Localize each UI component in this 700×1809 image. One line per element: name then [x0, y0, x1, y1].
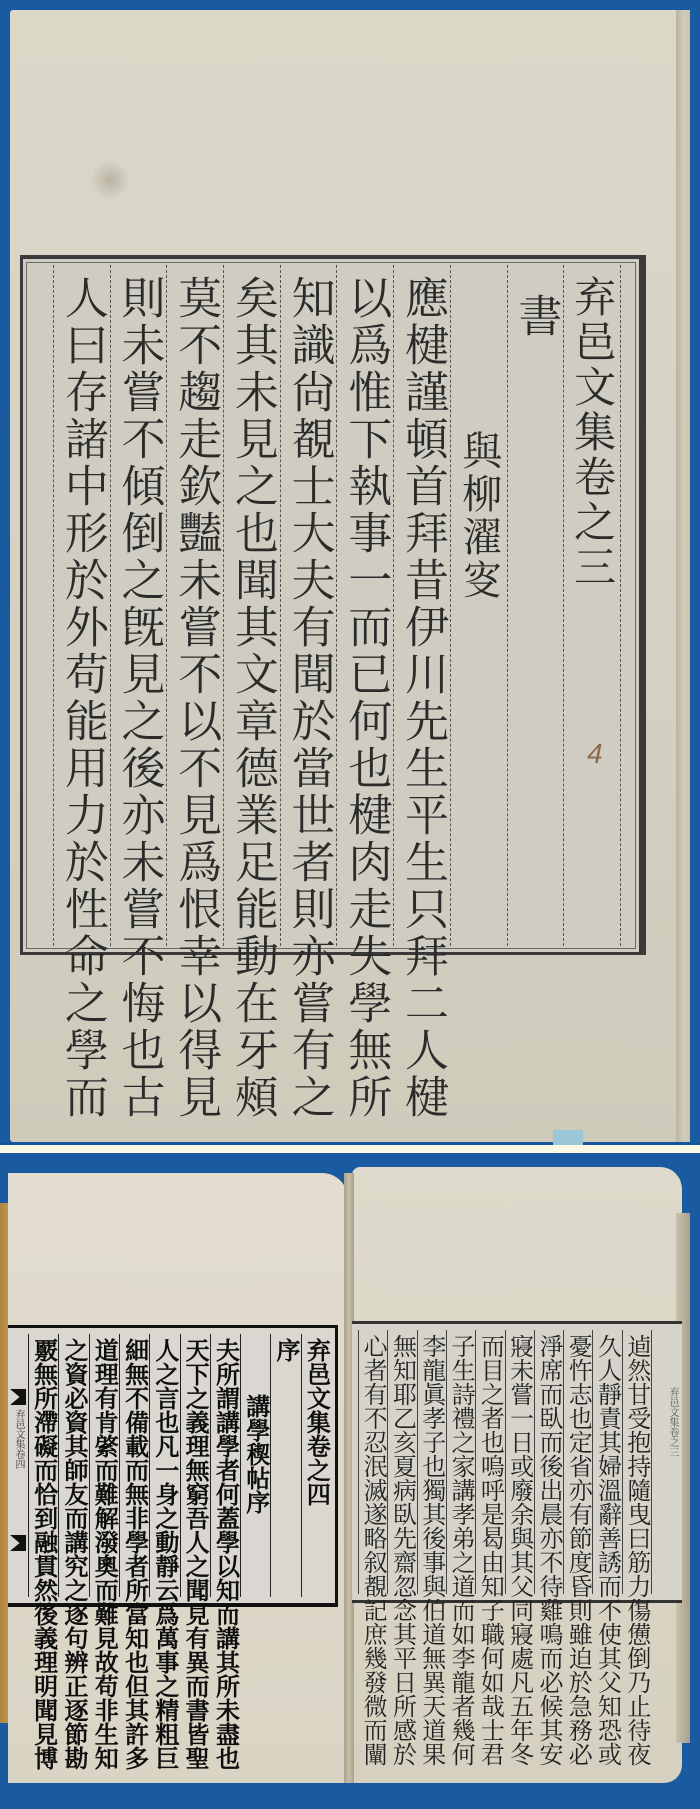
text-column: 夫所謂講學者何蓋學以知而講其所未盡也: [210, 1334, 240, 1597]
text-line: 淨席而臥而後出晨亦不待雞鳴而必候其安: [537, 1334, 561, 1594]
text-column: 天下之義理無窮吾人之聞見有異而書皆聖: [180, 1334, 210, 1597]
letter-recipient: 與柳濯叜: [459, 275, 499, 946]
pencil-page-mark: 4: [587, 738, 603, 770]
volume-title: 弃邑文集卷之三: [571, 275, 613, 946]
banxin-label-right: 弃邑文集卷之三: [664, 1363, 680, 1523]
page-fold-edge: [676, 10, 690, 1142]
text-columns: 弃邑文集卷之四 序 講學稧帖序 夫所謂講學者何蓋學以知而講其所未盡也 天下之義理…: [28, 1334, 331, 1597]
text-column: 李龍眞孝子也獨其後事與伯道無異天道果: [417, 1330, 446, 1594]
text-line: 子生詩禮之家講孝弟之道而如李龍者幾何: [449, 1334, 473, 1594]
text-column: 淨席而臥而後出晨亦不待雞鳴而必候其安: [534, 1330, 563, 1594]
text-line: 莫不趨走欽豔未嘗不以不見爲恨幸以得見: [173, 275, 217, 946]
bookmark-tab: [553, 1130, 583, 1145]
printed-frame-right: 逌然甘受抱持隨曳曰筋力傷憊倒乃止待夜 久人靜責其婦溫辭善誘而不使其父知恐或 憂忤…: [352, 1321, 682, 1603]
section-heading: 序: [274, 1338, 298, 1597]
text-columns: 逌然甘受抱持隨曳曰筋力傷憊倒乃止待夜 久人靜責其婦溫辭善誘而不使其父知恐或 憂忤…: [358, 1330, 652, 1594]
text-line: 無知耶乙亥夏病臥先齋忽念其平日所感於: [390, 1334, 414, 1594]
text-column: 矣其未見之也聞其文章德業足能動在牙頰: [223, 265, 280, 946]
text-line: 覈無所滯礙而恰到融貫然後義理明聞見博: [32, 1338, 56, 1597]
text-column: 道理有肯綮而難解潑奧而難見故苟非生知: [89, 1334, 119, 1597]
text-line: 李龍眞孝子也獨其後事與伯道無異天道果: [420, 1334, 444, 1594]
text-column: 則未嘗不傾倒之旣見之後亦未嘗不悔也古: [110, 265, 167, 946]
text-column: 應楗謹頓首拜昔伊川先生平生只拜二人楗: [393, 265, 450, 946]
essay-title: 講學稧帖序: [244, 1338, 268, 1597]
column-title: 弃邑文集卷之三: [563, 265, 621, 946]
book-page-vol3: 弃邑文集卷之三 弃邑文集卷之三 書 與柳濯叜 應楗謹頓首拜昔伊川先生平生只拜二人…: [10, 10, 690, 1142]
text-line: 人曰存諸中形於外苟能用力於性命之學而: [60, 275, 104, 946]
text-column: 子生詩禮之家講孝弟之道而如李龍者幾何: [446, 1330, 475, 1594]
text-line: 人之言也凡一身之動靜云爲萬事之精粗巨: [153, 1338, 177, 1597]
text-column: 憂忤志也定省亦有節度昏則雖迫於急務必: [563, 1330, 592, 1594]
text-line: 細無不備載而無非學者所當知也但其許多: [123, 1338, 147, 1597]
top-photo: 弃邑文集卷之三 弃邑文集卷之三 書 與柳濯叜 應楗謹頓首拜昔伊川先生平生只拜二人…: [0, 0, 700, 1143]
text-column: 細無不備載而無非學者所當知也但其許多: [119, 1334, 149, 1597]
text-columns: 弃邑文集卷之三 書 與柳濯叜 應楗謹頓首拜昔伊川先生平生只拜二人楗 以爲惟下執事…: [53, 265, 621, 946]
text-column: 莫不趨走欽豔未嘗不以不見爲恨幸以得見: [166, 265, 223, 946]
text-line: 寢未嘗一日或廢余與其父同寢處凡五年冬: [508, 1334, 532, 1594]
text-line: 夫所謂講學者何蓋學以知而講其所未盡也: [213, 1338, 237, 1597]
text-column: 之資必資其師友而講究之逐句辨正逐節勘: [58, 1334, 88, 1597]
text-column: 久人靜責其婦溫辭善誘而不使其父知恐或: [592, 1330, 621, 1594]
column-title: 弃邑文集卷之四: [301, 1334, 331, 1597]
text-column: 人曰存諸中形於外苟能用力於性命之學而: [53, 265, 110, 946]
printed-frame: 弃邑文集卷之三 書 與柳濯叜 應楗謹頓首拜昔伊川先生平生只拜二人楗 以爲惟下執事…: [20, 255, 646, 955]
text-column: 心者有不忍泯滅遂略叙覩記庶幾發微而闡: [358, 1330, 387, 1594]
banxin-label-left: 弃邑文集卷四: [8, 1383, 26, 1543]
text-column: 以爲惟下執事一而已何也楗肉走失學無所: [336, 265, 393, 946]
photo-separator: [0, 1145, 700, 1153]
text-column: 覈無所滯礙而恰到融貫然後義理明聞見博: [28, 1334, 58, 1597]
text-line: 憂忤志也定省亦有節度昏則雖迫於急務必: [566, 1334, 590, 1594]
text-column: 人之言也凡一身之動靜云爲萬事之精粗巨: [149, 1334, 179, 1597]
text-line: 則未嘗不傾倒之旣見之後亦未嘗不悔也古: [117, 275, 161, 946]
volume-title: 弃邑文集卷之四: [304, 1338, 328, 1597]
text-column: 寢未嘗一日或廢余與其父同寢處凡五年冬: [505, 1330, 534, 1594]
text-line: 知識尙覩士大夫有聞於當世者則亦嘗有之: [287, 275, 331, 946]
text-column: 而目之者也嗚呼是曷由知子職何如哉士君: [475, 1330, 504, 1594]
text-line: 久人靜責其婦溫辭善誘而不使其父知恐或: [596, 1334, 620, 1594]
text-line: 應楗謹頓首拜昔伊川先生平生只拜二人楗: [400, 275, 444, 946]
column-section: 書: [507, 265, 564, 946]
column-recipient: 與柳濯叜: [450, 265, 507, 946]
text-line: 之資必資其師友而講究之逐句辨正逐節勘: [62, 1338, 86, 1597]
text-column: 知識尙覩士大夫有聞於當世者則亦嘗有之: [280, 265, 337, 946]
text-column: 無知耶乙亥夏病臥先齋忽念其平日所感於: [387, 1330, 416, 1594]
section-heading: 書: [513, 275, 557, 946]
text-line: 以爲惟下執事一而已何也楗肉走失學無所: [343, 275, 387, 946]
column-section: 序: [270, 1334, 300, 1597]
text-line: 矣其未見之也聞其文章德業足能動在牙頰: [230, 275, 274, 946]
water-stain: [90, 160, 130, 200]
printed-frame-left: 弃邑文集卷之四 序 講學稧帖序 夫所謂講學者何蓋學以知而講其所未盡也 天下之義理…: [8, 1325, 338, 1607]
bottom-photo: 弃邑文集卷之四 序 講學稧帖序 夫所謂講學者何蓋學以知而講其所未盡也 天下之義理…: [0, 1153, 700, 1809]
text-line: 天下之義理無窮吾人之聞見有異而書皆聖: [183, 1338, 207, 1597]
column-subtitle: 講學稧帖序: [240, 1334, 270, 1597]
text-line: 逌然甘受抱持隨曳曰筋力傷憊倒乃止待夜: [625, 1334, 649, 1594]
text-line: 而目之者也嗚呼是曷由知子職何如哉士君: [478, 1334, 502, 1594]
text-line: 心者有不忍泯滅遂略叙覩記庶幾發微而闡: [361, 1334, 385, 1594]
text-column: 逌然甘受抱持隨曳曰筋力傷憊倒乃止待夜: [622, 1330, 652, 1594]
text-line: 道理有肯綮而難解潑奧而難見故苟非生知: [92, 1338, 116, 1597]
